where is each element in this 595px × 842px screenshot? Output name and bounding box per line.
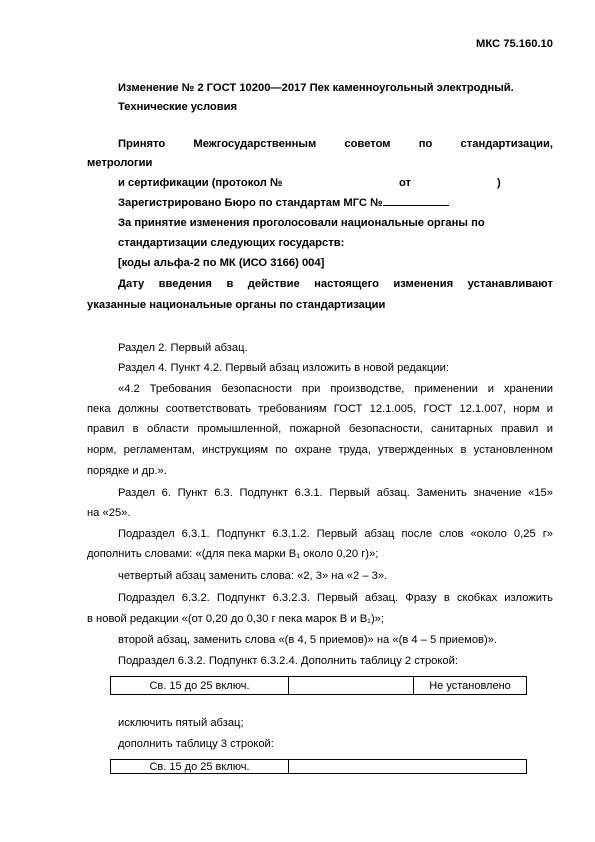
registered-line: Зарегистрировано Бюро по стандартам МГС … [118, 196, 449, 210]
accepted-word: стандартизации, [461, 137, 553, 151]
date-line2: указанные национальные органы по стандар… [87, 298, 385, 312]
voted-line1: За принятие изменения проголосовали наци… [118, 216, 485, 230]
country-codes: [коды альфа-2 по МК (ИСО 3166) 004] [118, 256, 324, 270]
quote-line1: «4.2 Требования безопасности при произво… [118, 382, 553, 396]
table2-addition: Св. 15 до 25 включ. Не установлено [110, 676, 527, 695]
table-cell: Св. 15 до 25 включ. [111, 677, 289, 695]
paragraph-table3: дополнить таблицу 3 строкой: [118, 737, 274, 751]
accepted-word: Принято [118, 137, 165, 151]
table-cell: Св. 15 до 25 включ. [111, 760, 289, 774]
date-word: введения [159, 277, 212, 291]
paragraph-exclude: исключить пятый абзац; [118, 716, 244, 730]
registered-text: Зарегистрировано Бюро по стандартам МГС … [118, 197, 383, 209]
table-cell [289, 760, 527, 774]
document-code: МКС 75.160.10 [476, 37, 553, 51]
paragraph-6323-line1: Подраздел 6.3.2. Подпункт 6.3.2.3. Первы… [118, 591, 553, 605]
paragraph-6324: Подраздел 6.3.2. Подпункт 6.3.2.4. Допол… [118, 654, 458, 668]
table3-addition: Св. 15 до 25 включ. [110, 759, 527, 774]
registration-number-blank [383, 196, 449, 206]
paragraph-section2: Раздел 2. Первый абзац. [118, 341, 248, 355]
accepted-word: по [419, 137, 433, 151]
paragraph-6312-line1: Подраздел 6.3.1. Подпункт 6.3.1.2. Первы… [118, 527, 553, 541]
date-word: Дату [118, 277, 144, 291]
accepted-word: Межгосударственным [193, 137, 316, 151]
from-label: от [399, 176, 411, 190]
quote-line4: норм, регламентам, инструкциям по охране… [87, 443, 553, 457]
paragraph-section4: Раздел 4. Пункт 4.2. Первый абзац изложи… [118, 361, 449, 375]
paragraph-fourth: четвертый абзац заменить слова: «2, 3» н… [118, 569, 387, 583]
quote-line2: пека должны соответствовать требованиям … [87, 402, 553, 416]
table-row: Св. 15 до 25 включ. [111, 760, 527, 774]
paragraph-6312-line2: дополнить словами: «(для пека марки В₁ о… [87, 547, 378, 561]
table-cell [289, 677, 414, 695]
table-row: Св. 15 до 25 включ. Не установлено [111, 677, 527, 695]
table-cell: Не установлено [414, 677, 527, 695]
amendment-title-line1: Изменение № 2 ГОСТ 10200—2017 Пек каменн… [118, 81, 553, 95]
accepted-continuation: метрологии [87, 156, 152, 170]
certification-protocol: и сертификации (протокол № [118, 176, 282, 190]
date-word: действие [248, 277, 300, 291]
paragraph-section6-line1: Раздел 6. Пункт 6.3. Подпункт 6.3.1. Пер… [118, 486, 553, 500]
date-line1: Дату введения в действие настоящего изме… [118, 277, 553, 291]
amendment-title-line2: Технические условия [118, 100, 237, 114]
paragraph-section6-line2: на «25». [87, 506, 131, 520]
date-word: устанавливают [468, 277, 553, 291]
date-word: в [226, 277, 233, 291]
accepted-line: Принято Межгосударственным советом по ст… [118, 137, 553, 151]
paragraph-6323-line2: в новой редакции «(от 0,20 до 0,30 г пек… [87, 612, 384, 626]
quote-line5: порядке и др.». [87, 464, 167, 478]
voted-line2: стандартизации следующих государств: [118, 236, 344, 250]
accepted-word: советом [344, 137, 390, 151]
paragraph-second: второй абзац, заменить слова «(в 4, 5 пр… [118, 633, 497, 647]
quote-line3: правил в области промышленной, пожарной … [87, 422, 553, 436]
close-paren: ) [497, 176, 501, 190]
date-word: изменения [393, 277, 453, 291]
date-word: настоящего [314, 277, 379, 291]
